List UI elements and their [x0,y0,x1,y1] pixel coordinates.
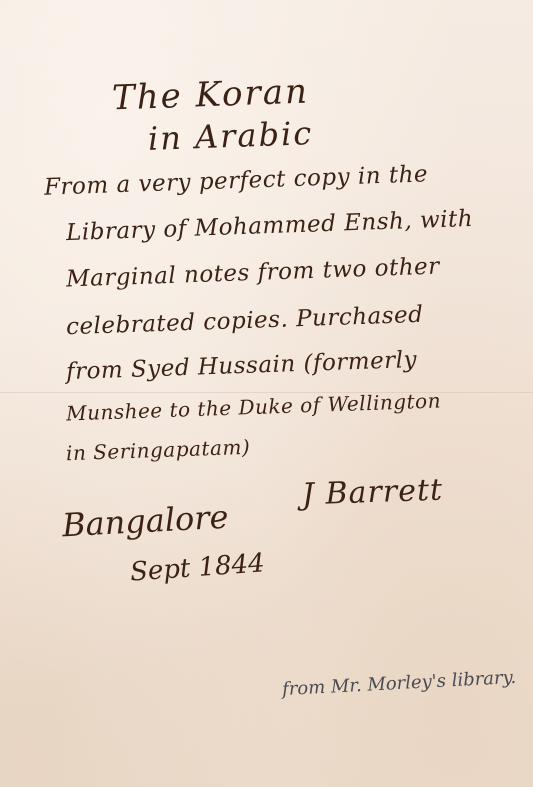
paper-fold-line [0,392,533,393]
body-line: Marginal notes from two other [66,255,440,291]
body-line: from Syed Hussain (formerly [66,349,418,384]
signature: J Barrett [302,476,444,511]
place-name: Bangalore [61,501,229,542]
title-line-2: in Arabic [147,117,313,155]
provenance-note: from Mr. Morley's library. [282,669,517,699]
date: Sept 1844 [129,550,265,585]
body-line: Library of Mohammed Ensh, with [66,208,474,245]
body-line: celebrated copies. Purchased [66,304,424,339]
manuscript-page: The Koran in Arabic From a very perfect … [0,0,533,787]
body-line: Munshee to the Duke of Wellington [66,390,442,423]
title-line-1: The Koran [111,75,309,116]
body-line: in Seringapatam) [66,437,251,463]
body-line: From a very perfect copy in the [44,163,429,199]
